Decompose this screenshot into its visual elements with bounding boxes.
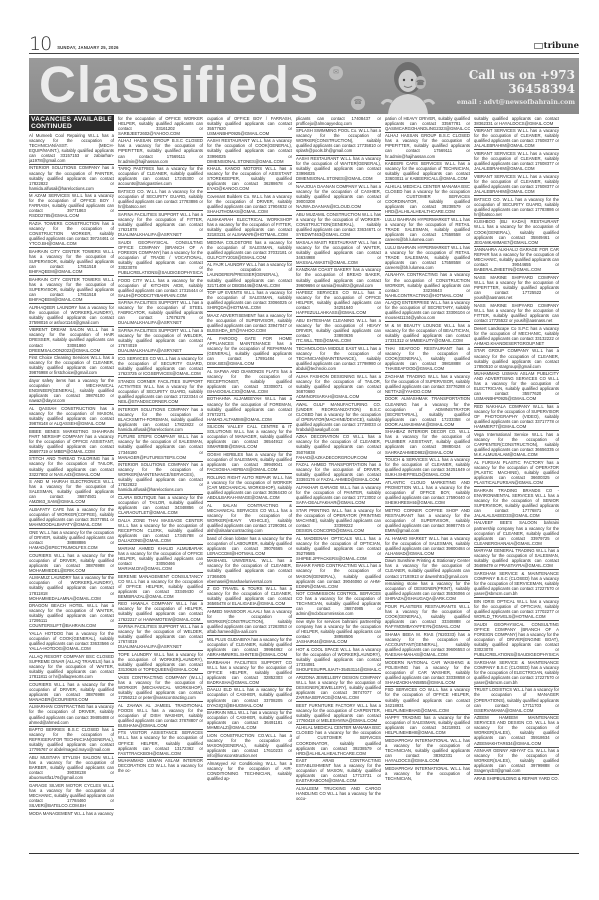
phone-bubble-small-icon: ☎ <box>351 96 365 110</box>
classified-listing: SAFINA FACILITIES SUPPORT W.L.L has a va… <box>118 328 203 356</box>
classified-listing: MARIAM AHMED KHALID ALMUBARAK has a vaca… <box>118 545 203 573</box>
classified-listing: AWAL GULF MANUFACTURING CO. (UNDER REORG… <box>296 401 381 434</box>
classified-listing: Covenant Builders Co. W.L.L has a vacanc… <box>207 193 292 216</box>
classified-listing: BARBAHAH FACILITIES SUPPORT CO W.L.L has… <box>207 659 292 687</box>
page-bottom-rule <box>29 853 579 854</box>
classified-listing: BATSCO CO. W.L.L has a vacancy for the o… <box>474 196 559 219</box>
classified-listing: METRO CORNER COFFEE SHOP AND RESTAURANT … <box>385 507 470 535</box>
classified-listing: ALAQIQ ENTERPRISE W.L.L has a vacancy fo… <box>385 300 470 323</box>
classified-listing: dayor safety items has a vacancy for the… <box>29 377 114 405</box>
logo-text: tribune <box>544 41 579 51</box>
classified-listing: JANNAHRA ALKHALIJ GARAGE FOR CAR REPAIR … <box>474 247 559 275</box>
classified-listing: BATSCO CO. W.L.L has a vacancy for the o… <box>118 188 203 211</box>
classifieds-columns: VACANCIES AVAILABLE CONTINUED Al Mumeeb … <box>29 115 579 860</box>
classifieds-masthead: Classifieds ✉ ☎ ☎ ☎ Call us on +973 3645… <box>29 58 579 114</box>
classified-listing: ARIZONA JEWELLERY DESIGN COMPANY W.L.L h… <box>296 674 381 702</box>
classified-listing: ALSALEEM TRUCKING AND CARGO HANDLING CO … <box>296 785 381 802</box>
classified-listing: RED NAKHALA COMPANY W.L.L has a vacancy … <box>474 404 559 432</box>
classified-listing: FAZAL AHMED TRANSPORTATION has a vacancy… <box>296 462 381 485</box>
classified-listing: SHAMA BEEA M. RIAS (7620333) has a vacan… <box>385 631 470 659</box>
classified-listing: DALIA ZONE THAI MASSAGE CENTER W.L.L has… <box>118 517 203 545</box>
classified-listing: LULU BAHRAIN HYPERMARKET W.L.L has a vac… <box>385 244 470 272</box>
classified-listing: AL FAJR LAUNDRY W.L.L has a vacancy for … <box>207 262 292 290</box>
classified-listing: HAPPY TRADING has a vacancy for the occu… <box>385 715 470 738</box>
classified-listing: TRUST LOGISTICS W.L.L has a vacancy for … <box>474 687 559 715</box>
classified-listing: MIL PLUS GUDAIBIYA has a vacancy for the… <box>207 636 292 659</box>
classified-listing: BOTHAHNA ALJAMEEYAH W.L.L has a vacancy … <box>207 396 292 424</box>
classified-listing: BIBEE BENES MARKETING SHAHRAIN PART NERS… <box>29 428 114 456</box>
classified-listing: STANDS CORNER FACILITIES SUPPORT ACTIVIT… <box>118 378 203 406</box>
classified-listing: AASHI RESTAURANT W.L.L has a vacancy for… <box>296 156 381 184</box>
classified-listing: ALNAHYA CONTRACTING has a vacancy for th… <box>385 272 470 300</box>
classified-listing: MUHAMMAD USMAN ASLAM INTERIOR DECORATION… <box>118 758 203 775</box>
classified-listing: CLARA BOUTIQUE has a vacancy for the occ… <box>118 495 203 518</box>
classified-listing: INTERIOR SOLUTIONS COMPANY has a vacancy… <box>118 462 203 495</box>
classified-listing: NAAJOUA DAANAN COMPANY W.L.L has a vacan… <box>296 183 381 211</box>
classified-listing: STAR GROUP COMPANY W.L.L has a vacancy f… <box>474 348 559 371</box>
classified-listing: AL FAROOQ GATE FOR HOME APPLIANCES MAINT… <box>207 335 292 368</box>
classified-listing: TOP UP EVENTS W.L.L has a vacancy for th… <box>207 290 292 313</box>
phone-icon: ☎ <box>415 76 426 89</box>
classified-listing: LULU BAHRAIN HYPERMARKET W.L.L has a vac… <box>385 216 470 244</box>
column-5: pation of HEAVY DRIVER, suitably qualifi… <box>385 115 470 860</box>
classified-listing: NOT COMMISSION CONTROL SERVICES CO has a… <box>296 591 381 619</box>
classified-listing: EAST ARAB CONTRACTING ESTABLISHMENT has … <box>296 758 381 786</box>
classified-listing: MEDIAPROAV INTERNATIONAL W.L.L has a vac… <box>385 737 470 765</box>
classified-listing: ROLLING RIGHT AUTO REPAIR W.L.L has a va… <box>207 474 292 502</box>
classified-listing: SAUDI GEOPHYSICAL CONSULTING OFFICE COMP… <box>118 239 203 277</box>
classified-listing: BAHRAIN MILL W.L.L has a vacancy for the… <box>207 710 292 733</box>
page-number: 10 <box>29 36 51 52</box>
masthead-title: Classifieds <box>39 58 319 114</box>
classified-listing: AHMED MANSOOR ALAALI has a vacancy for t… <box>207 608 292 636</box>
classified-listing: SARGHAM SERVICE & MAINTENANCE COMPANY B.… <box>474 659 559 687</box>
classified-listing: ALHAJ HASSAN GROUP B.S.C CLOSED has a va… <box>118 138 203 166</box>
classified-listing: NASS MARINE SHIPYARD COMPANY W.L.L has a… <box>474 274 559 302</box>
classified-listing: FOOD CITY W.L.L has a vacancy for the oc… <box>118 277 203 300</box>
classified-listing: HAFEEZ SERVICES CO W.L.L has a vacancy f… <box>296 290 381 318</box>
classified-listing: MAAZ ADVERTISEMENT has a vacancy for the… <box>207 312 292 335</box>
classified-listing: SARGHAM SERVICE & MAINTENANCE COMPANY B.… <box>474 570 559 598</box>
classified-listing: SPLASH SWIMMING POOL Co. W.L.L has a vac… <box>296 128 381 156</box>
classified-listing: new style for services bahraini partners… <box>296 619 381 647</box>
classified-listing: TARIQ PASTRIES has a vacancy for the occ… <box>118 166 203 189</box>
classified-listing: AL HAMAD MARKET W.L.L has a vacancy for … <box>385 535 470 558</box>
classified-listing: ALMARHAN CONTRACTING has a vacancy for t… <box>29 704 114 727</box>
classified-listing: THAI SEAFOOD RESTAURANT has a vacancy fo… <box>385 345 470 373</box>
classified-listing: suitably qualified applicants can contac… <box>474 115 559 128</box>
classified-listing: Dawn Sunshine Printing & Stationary Cent… <box>385 558 470 581</box>
classified-listing: BAHAR FARID CONTRACTING W.L.L has a vaca… <box>296 563 381 591</box>
classified-listing: ALFAKHAR GARAGE W.L.L has a vacancy for … <box>296 484 381 507</box>
classified-listing: Desert Landscape Co S.P.C has a vacancy … <box>474 325 559 348</box>
classified-listing: BAHRAIN CITY CENTER TOWERS W.L.L has a v… <box>29 248 114 276</box>
classified-listing: RAZIA TOWERS CONSTRUCTION has a vacancy … <box>29 221 114 249</box>
newspaper-emblem-icon <box>534 43 543 49</box>
classified-listing: ABU EHTESHAM CLEANING W.L.L has a vacanc… <box>296 317 381 345</box>
column-6: suitably qualified applicants can contac… <box>474 115 559 860</box>
classified-listing: cupation of OFFICE BOY / FARRASH, suitab… <box>207 115 292 138</box>
classified-listing: FSD SERVICES CO W.L.L has a vacancy for … <box>385 687 470 715</box>
classified-listing: DRAGON BEACH HOTEL W.L.L has a vacancy f… <box>29 603 114 631</box>
classified-listing: TECHNOLOGIA MIDDLE EAST W.L.L has a vaca… <box>296 345 381 373</box>
classified-listing: VIBRANT SERVICES W.L.L has a vacancy for… <box>474 128 559 151</box>
classified-listing: SAFINA FACILITIES SUPPORT W.L.L has a va… <box>118 624 203 652</box>
classified-listing: AL ZAHWA AL JAMEEL TRADITIONAL FOODS W.L… <box>118 702 203 730</box>
call-line: ☎ Call us on +973 36458394 <box>415 68 575 96</box>
classified-listing: STITCH AND THREAD TAILORING has a vacanc… <box>29 456 114 479</box>
classified-listing: KANZKAM COAST BAKERY has a vacancy for t… <box>296 267 381 290</box>
classified-listing: ALHILAL MEDICAL CENTER MANAMA BSC CLOSED… <box>385 183 470 216</box>
classified-listing: AL MADEENAH OPTICALS W.L.L has a vacancy… <box>296 535 381 563</box>
classified-listing: VASS CONTRACTING COMPANY (W.L.L) has a v… <box>118 674 203 702</box>
classified-listing: remaining stone has a vacancy for the oc… <box>385 581 470 604</box>
classified-listing: SILICON VALLEY CALL CENTRE & IT SOLUTION… <box>207 424 292 452</box>
classified-listing: ASNAAR GENNY ABHYAT Co. W.L.L has a vaca… <box>474 748 559 776</box>
classified-listing: ALBAFATY CAFE has a vacancy for the occu… <box>29 506 114 529</box>
classified-listing: Al Mumeeb Cool Repairing W.L.L has a vac… <box>29 132 114 165</box>
classified-listing: BAHRAIN CITY CENTER TOWERS W.L.L has a v… <box>29 276 114 304</box>
classified-listing: COURIERS W.L.L has a vacancy for the occ… <box>29 681 114 704</box>
classified-listing: VIBRENT DREAM SALON W.L.L has a vacancy … <box>29 327 114 355</box>
classified-listing: SHAHBAZ INTERIOR DECOR CO. W.L.L has a v… <box>385 429 470 457</box>
classified-listing: MASALA MASTI RESTAURANT W.L.L has a vaca… <box>296 239 381 267</box>
classified-listing: AZEEM HAMEEM MAINTENANCE SERVICES AND DE… <box>474 715 559 748</box>
classified-listing: FOUR PLASTERS RESTAURANTS W.L.L has a va… <box>385 603 470 631</box>
classified-listing: Z GO TRAVEL & TOURS W.L.L has a vacancy … <box>207 586 292 609</box>
classified-listing: HOT & COOL SPACE W.L.L has a vacancy for… <box>296 646 381 674</box>
classified-listing: MARYAM GENERAL TRADING W.L.L has a vacan… <box>474 548 559 571</box>
classified-listing: VIBRANT SERVICES W.L.L has a vacancy for… <box>474 150 559 173</box>
classified-listing: STAR PRINTING W.L.L has a vacancy for th… <box>296 507 381 535</box>
classified-listing: AL FURSAN PLASTIC FACTORY has a vacancy … <box>474 459 559 487</box>
classified-listing: TOPE LAUNDRY W.L.L has a vacancy for the… <box>118 651 203 674</box>
classified-listing: AASHI RESTAURANT W.L.L has a vacancy for… <box>207 138 292 166</box>
classified-listing: ALIHA FASHION DESIGNING W.L.L has a vaca… <box>296 373 381 401</box>
call-number[interactable]: Call us on +973 36458394 <box>430 68 575 96</box>
classified-listing: BIN IDRIS OPTICAL W.L.L has a vacancy fo… <box>474 598 559 621</box>
advert-email[interactable]: email : advt@newsofbahrain.com <box>415 98 575 106</box>
classified-listing: KUSHBOO (BLI KADAI) RESTAURANT W.L.L has… <box>474 219 559 247</box>
classified-listing: ALRHAQEER LAUNDRY has a vacancy for the … <box>29 304 114 327</box>
classified-listing: ALLAQ RESORT COMPANY BSC CLOSED SUPREME … <box>29 653 114 681</box>
classified-listing: M & M BEAUTY LOUNGE W.L.L has a vacancy … <box>385 322 470 345</box>
classified-listing: KABEERI CARS SERVICES W.L.L has a vacanc… <box>385 161 470 184</box>
tribune-logo: tribune <box>534 41 579 51</box>
classified-listing: HALVEEF BEE'S SALOON bahraini partnershi… <box>474 520 559 548</box>
classified-listing: TOUCH & SERVICES W.L.L has a vacancy for… <box>385 457 470 480</box>
classified-listing: ONE W.L.L has a vacancy for the occupati… <box>29 529 114 552</box>
classified-listing: S AND M HAIRAH ELECTRONICS W.L.L has a v… <box>29 479 114 507</box>
classified-listing: BEST FURNITURE FACTORY W.L.L has a vacan… <box>296 702 381 725</box>
classified-listing: pation of HEAVY DRIVER, suitably qualifi… <box>385 115 470 133</box>
classified-listing: AZKA DECORATION CO W.L.L has a vacancy f… <box>296 434 381 462</box>
page-folio: 10 SUNDAY, JANUARY 25, 2026 tribune <box>29 36 579 54</box>
contact-box: ☎ Call us on +973 36458394 email : advt@… <box>415 68 579 106</box>
classified-listing: MODA MANAGEMENT W.L.L has a vacancy <box>29 810 114 817</box>
classified-listing: SAFINA FACILITIES SUPPORT W.L.L has a va… <box>118 300 203 328</box>
column-2: for the occupation of OFFICE WORKER HELP… <box>118 115 203 860</box>
classified-listing: ABU MUSTAFA STYLISH SALOON W.L.L has a v… <box>29 754 114 782</box>
classified-listing: ALHILAL MEDICAL CENTER MANAMA BSC CLOSED… <box>296 725 381 758</box>
classified-listing: ARAB SHIPBUILDING & REPAIR YARD CO. <box>474 775 559 782</box>
classified-listing: INTERIOR SOLUTIONS COMPANY has a vacancy… <box>29 165 114 193</box>
classified-listing: COURIERS W.L.L has a vacancy for the occ… <box>29 552 114 575</box>
column-1: VACANCIES AVAILABLE CONTINUED Al Mumeeb … <box>29 115 114 860</box>
classified-listing: DAALU ELD W.L.L has a vacancy for the oc… <box>207 687 292 710</box>
classified-listing: LION CONSTRUCTION CO.W.L.L has a vacancy… <box>207 732 292 760</box>
classified-listing: MODERN NATIONAL CAR WASHING & POLISHING … <box>385 659 470 687</box>
classified-listing: DOOR ALMASHMAK TRANSPORTATION CLEANING h… <box>385 396 470 429</box>
classified-listing: plicants can contact 17408437 or proffic… <box>296 115 381 128</box>
classified-listing: for the occupation of OFFICE WORKER HELP… <box>118 115 203 138</box>
column-3: cupation of OFFICE BOY / FARRASH, suitab… <box>207 115 292 860</box>
classified-listing: SAFINA FACILITIES SUPPORT W.L.L has a va… <box>118 211 203 239</box>
classified-listing: Vega International Service W.L.L has a v… <box>474 431 559 459</box>
section-header: VACANCIES AVAILABLE CONTINUED <box>29 115 114 131</box>
classified-listing: M AZAM SERVICES W.L.L has a vacancy for … <box>29 193 114 221</box>
classified-listing: Almasyyed Air Conditioning W.L.L has a v… <box>207 760 292 782</box>
newspaper-page: 10 SUNDAY, JANUARY 25, 2026 tribune Clas… <box>29 36 579 860</box>
classified-listing: AL QASSAH CONSTRUCTION has a vacancy for… <box>29 405 114 428</box>
classified-listing: VIBRANT SERVICES W.L.L has a vacancy for… <box>474 173 559 196</box>
classified-listing: MASHAEL UNIVERSAL W.L.L has a vacancy fo… <box>207 558 292 586</box>
classified-listing: AL SALAN CONTRACTING & MECHANICAL SERVIC… <box>207 502 292 535</box>
classified-listing: BERENIE MANAGEMENT CONSULTANCY CO W.L.L … <box>118 573 203 601</box>
classified-listing: YALLA HOTDOG has a vacancy for the occup… <box>29 630 114 653</box>
issue-date: SUNDAY, JANUARY 25, 2026 <box>57 45 118 50</box>
classified-listing: ICG SERVICES CO W.L.L has a vacancy for … <box>118 355 203 378</box>
envelope-icon: ✉ <box>329 66 343 80</box>
classified-listing: ZAGHAMI TRADING W.L.L has a vacancy for … <box>385 373 470 396</box>
classified-listing: SAUDI GEOPHYSICAL CONSULTING OFFICE COMP… <box>474 621 559 659</box>
classified-listing: MUHAMMAD USMAN ASLAM PUBLICITY AND ADVER… <box>474 371 559 404</box>
classified-listing: MEDINA COLDSTORE has a vacancy for the o… <box>207 239 292 262</box>
classified-listing: First Choice Cleaning Services W.L.L has… <box>29 355 114 378</box>
classified-listing: ABU MUZAMIL CONSTRUCTION W.L.L has a vac… <box>296 211 381 239</box>
classified-listing: FUTURE STEPS COMPANY W.L.L has a vacancy… <box>118 434 203 462</box>
classified-listing: band of clean lobster has a vacancy for … <box>207 535 292 558</box>
classified-listing: AL SAFWA AND DIAMONDS FLATS has a vacanc… <box>207 368 292 396</box>
classified-listing: ALMAMUZ LAUNDRY has a vacancy for the oc… <box>29 575 114 603</box>
column-4: plicants can contact 17408437 or proffic… <box>296 115 381 860</box>
classified-listing: BAPTO BERRIES B.S.C CLOSED has a vacancy… <box>29 727 114 755</box>
classified-listing: MEDIAPROAV INTERNATIONAL W.L.L has a vac… <box>385 765 470 782</box>
classified-listing: BAHRAIN TRADING BRANDS CO - ENVIRONMENTA… <box>474 487 559 520</box>
classified-listing: GOSHI HERBLES has a vacancy for the occu… <box>207 452 292 475</box>
classified-listing: REO HAWALA COMPANY W.L.L has a vacancy f… <box>118 601 203 624</box>
classified-listing: GARAGE SILVER MOTOR CYCLES W.L.L has a v… <box>29 782 114 810</box>
classified-listing: ATLANTIC CLOUD MARKETING AND PROMOTION W… <box>385 479 470 507</box>
classified-listing: FTS VISITOR ASSISTANCE SERVICES W.L.L ha… <box>118 730 203 758</box>
classified-listing: KHALIL KANOO MOTORS W.L.L has a vacancy … <box>207 166 292 194</box>
classified-listing: NASS MARINE SHIPYARD COMPANY W.L.L has a… <box>474 302 559 325</box>
classified-listing: INTERIOR SOLUTIONS COMPANY has a vacancy… <box>118 406 203 434</box>
classified-listing: ALHAJ HASSAN GROUP B.S.C CLOSED has a va… <box>385 133 470 161</box>
classified-listing: ALMAKARAH ELECTRICAL WORKSHOP has a vaca… <box>207 216 292 239</box>
